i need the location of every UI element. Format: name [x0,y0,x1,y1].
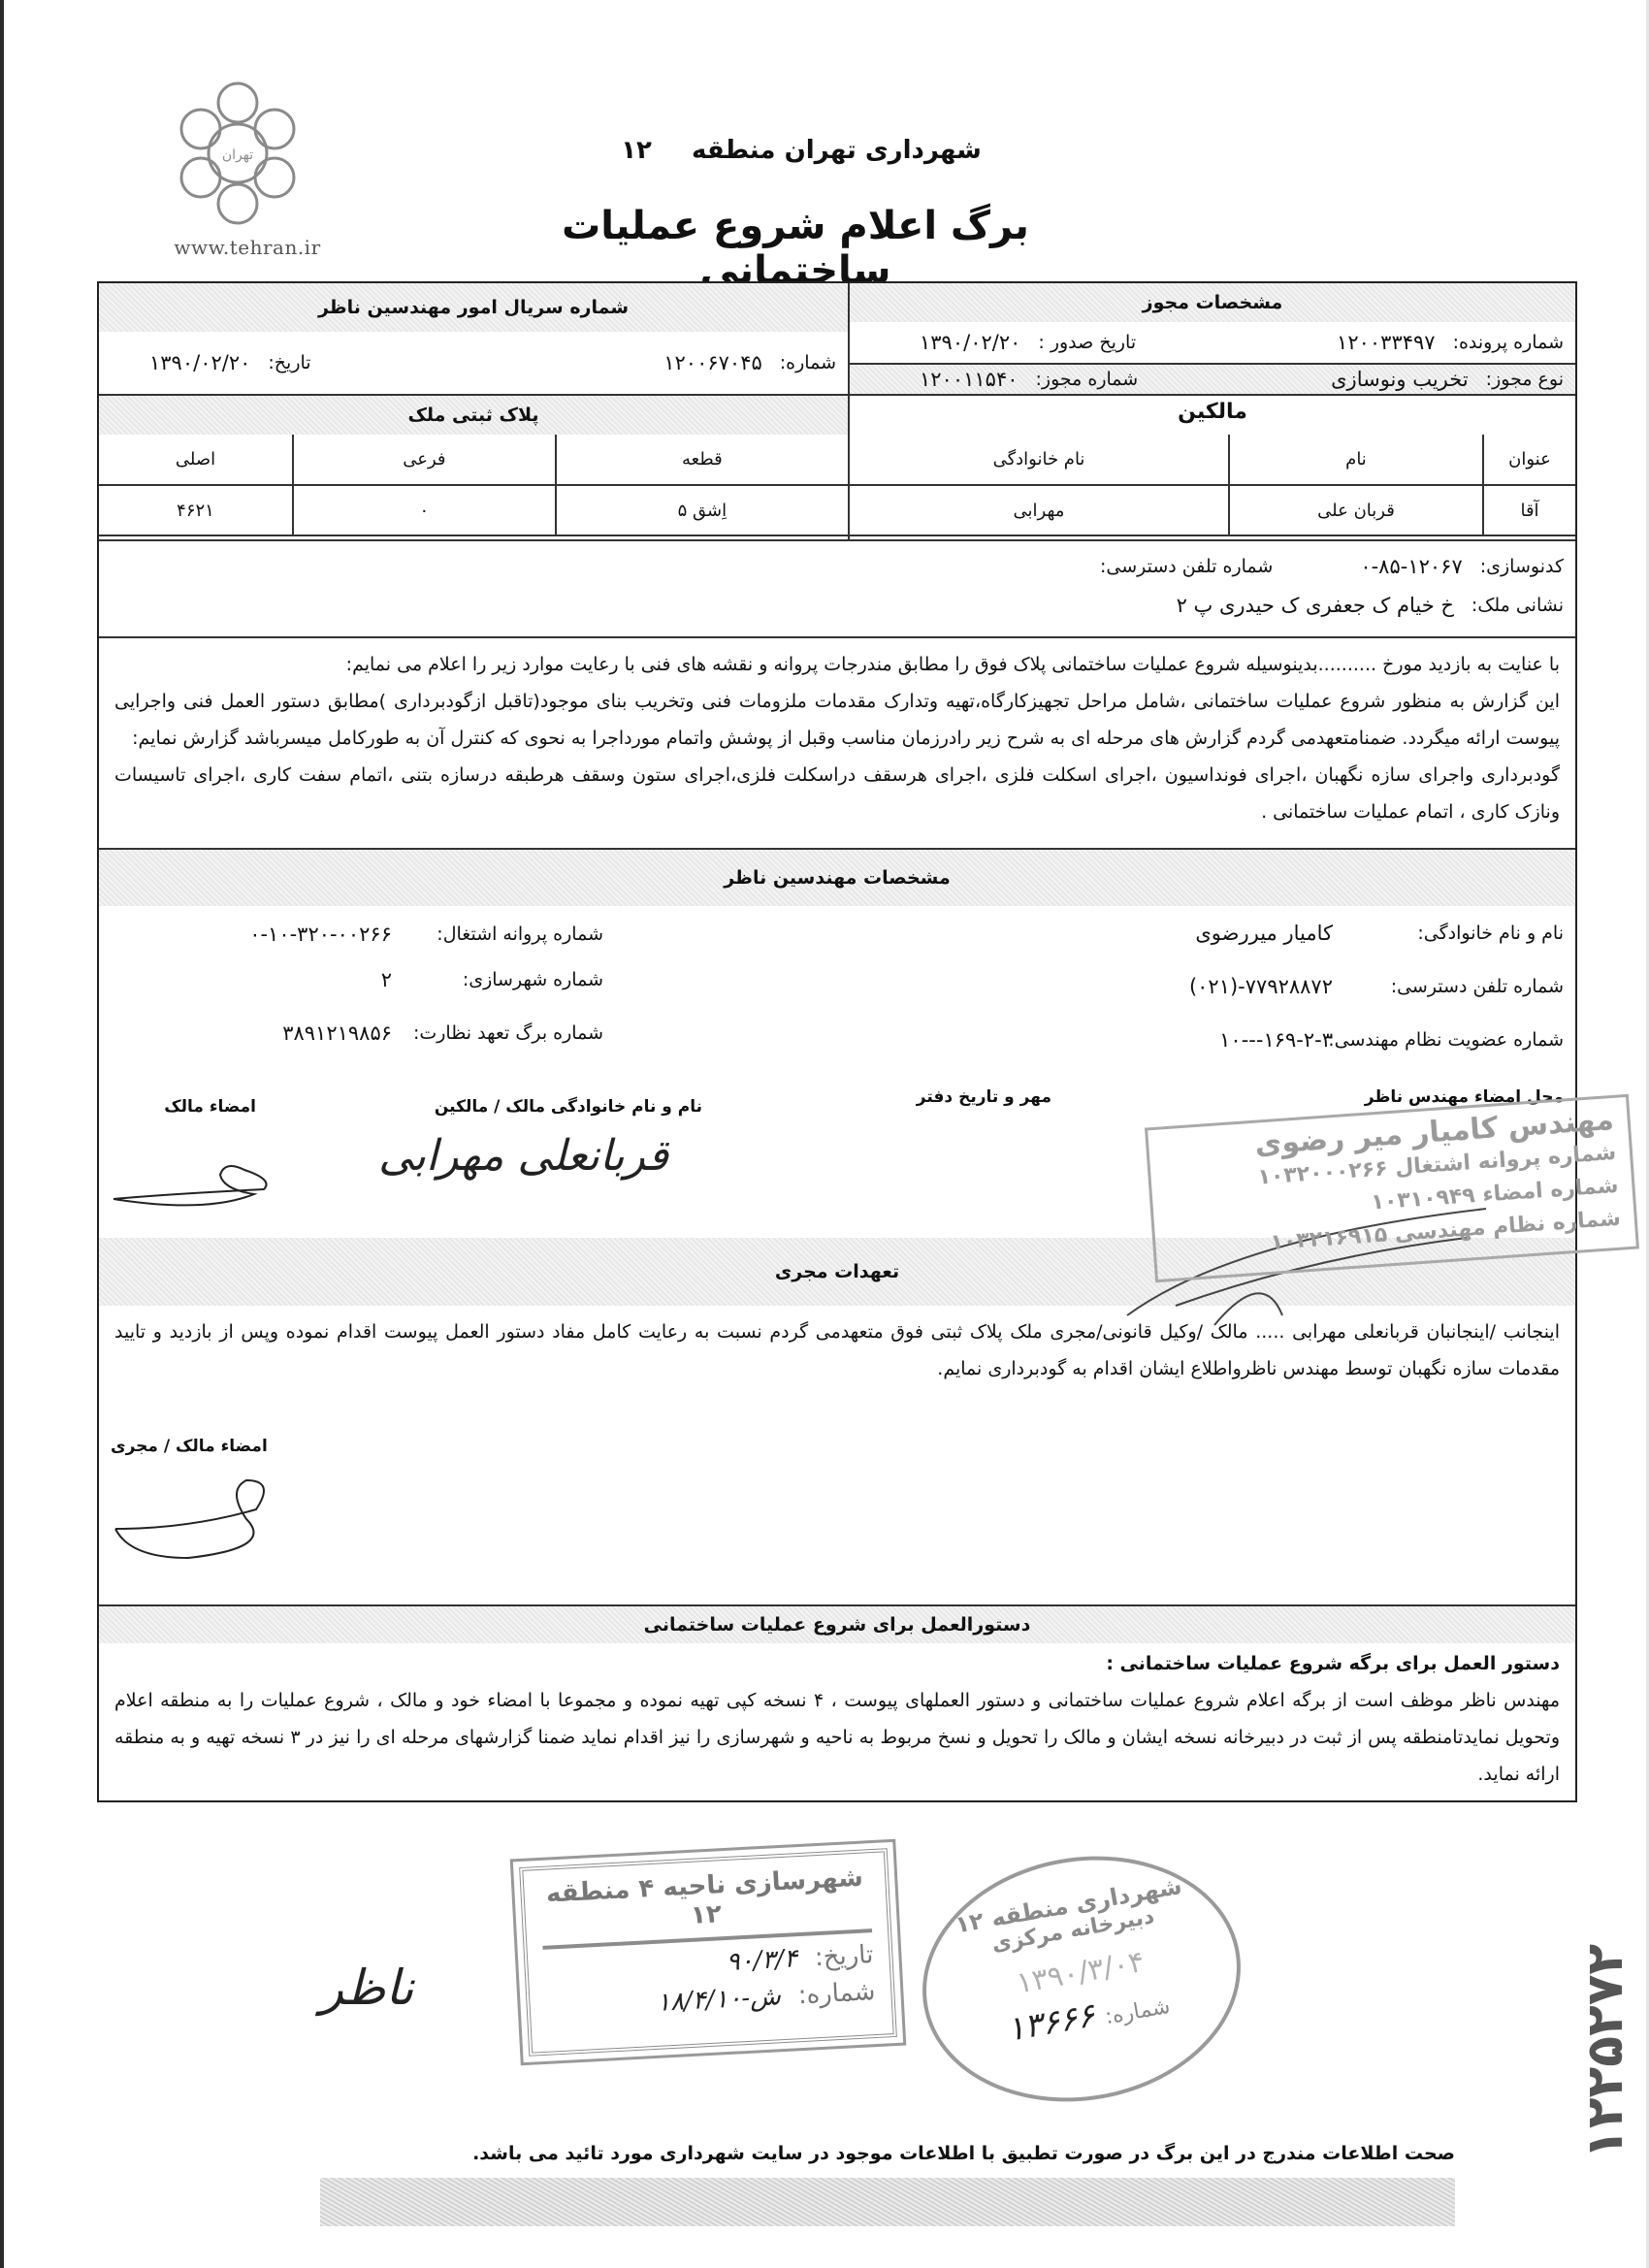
supervisor-urban-value: ۲ [381,968,392,991]
engineer-serial-title: شماره سریال امور مهندسین ناظر [99,283,848,332]
plaque-header-row: قطعه فرعی اصلی [99,435,848,485]
engineer-serial-row: شماره: ۱۲۰۰۶۷۰۴۵ تاریخ: ۱۳۹۰/۰۲/۲۰ [99,332,848,394]
owners-section: مالکین عنوان نام نام خانوادگی آقا قربان … [848,396,1575,539]
property-address-value: خ خیام ک جعفری ک حیدری پ ۲ [1177,594,1454,617]
scan-edge [0,0,4,2268]
footer-shaded-bar [320,2178,1455,2226]
supervisor-urban-row: شماره شهرسازی: ۲ [111,953,603,1006]
license-number-label: شماره مجوز: [1036,369,1139,390]
office-seal-label: مهر و تاریخ دفتر [917,1087,1051,1107]
serial-number-value: ۱۲۰۰۶۷۰۴۵ [663,351,762,374]
property-address-row: نشانی ملک: خ خیام ک جعفری ک حیدری پ ۲ [111,586,1564,625]
vertical-registration-number: ۱۲۲۵۲۷۲ [1576,1930,1634,2173]
license-type-label: نوع مجوز: [1486,369,1564,390]
engineer-stamp-license-value: ۱۰۳۲۰۰۰۲۶۶ [1257,1156,1389,1189]
engineer-stamp-sign-label: شماره امضاء [1482,1174,1620,1208]
supervisor-commitment-label: شماره برگ تعهد نظارت: [409,1022,603,1044]
serial-number-label: شماره: [780,352,836,373]
license-section: مشخصات مجوز شماره پرونده: ۱۲۰۰۳۳۴۹۷ تاری… [848,283,1575,394]
engineer-stamp-sign-value: ۱۰۳۱۰۹۴۹ [1371,1183,1476,1215]
owners-table: عنوان نام نام خانوادگی آقا قربان علی مهر… [850,435,1575,536]
supervisor-commitment-row: شماره برگ تعهد نظارت: ۳۸۹۱۲۱۹۸۵۶ [111,1006,603,1059]
property-phone-label: شماره تلفن دسترسی: [1100,556,1273,577]
supervisor-license-value: ۰-۱۰-۳۲۰-۰۰۲۶۶ [249,923,392,946]
owners-col-first-name: نام [1229,435,1483,485]
urban-stamp-date: ۹۰/۳/۴ [726,1944,798,1977]
municipality-name: شهرداری تهران منطقه ۱۲ [582,136,989,165]
license-section-title: مشخصات مجوز [850,283,1575,322]
municipality-label: شهرداری تهران منطقه [692,136,982,165]
owners-header-row: عنوان نام نام خانوادگی [850,435,1575,485]
owners-col-last-name: نام خانوادگی [850,435,1229,485]
svg-text:تهران: تهران [222,147,253,163]
serial-date-label: تاریخ: [268,352,310,373]
property-code-value: ۰-۸۵-۱۲۰۶۷ [1360,555,1462,578]
urban-stamp-number-row: شماره: ش-۱۸/۴/۱۰ [545,1977,876,2024]
owners-plaque-row: مالکین عنوان نام نام خانوادگی آقا قربان … [99,396,1575,541]
owner-last-name: مهرابی [850,485,1229,535]
secretariat-stamp-number: ۱۳۶۶۶ [1004,1996,1098,2050]
file-number-value: ۱۲۰۰۳۳۴۹۷ [1337,331,1436,354]
instructions-text: مهندس ناظر موظف است از برگه اعلام شروع ع… [114,1682,1560,1793]
plaque-section: پلاک ثبتی ملک قطعه فرعی اصلی اِشق ۵ ۰ ۴۶… [99,396,848,539]
plaque-section-title: پلاک ثبتی ملک [99,396,848,435]
page-title: برگ اعلام شروع عملیات ساختمانی [504,204,1086,293]
supervisor-name-label: نام و نام خانوادگی: [1350,923,1564,944]
announcement-line-2: این گزارش به منظور شروع عملیات ساختمانی … [114,683,1560,757]
instructions-section: دستورالعمل برای شروع عملیات ساختمانی دست… [99,1606,1575,1800]
contractor-section: تعهدات مجری اینجانب /اینجانبان قربانعلی … [99,1238,1575,1606]
license-type-row: نوع مجوز: تخریب ونوسازی شماره مجوز: ۱۲۰۰… [850,365,1575,394]
license-number-value: ۱۲۰۰۱۱۵۴۰ [920,368,1018,391]
owners-section-title: مالکین [850,396,1575,435]
supervisor-phone-value: (۰۲۱)-۷۷۹۲۸۸۷۲ [1189,975,1333,998]
property-address-label: نشانی ملک: [1471,595,1564,616]
plaque-main: ۴۶۲۱ [99,485,293,535]
plaque-col-main: اصلی [99,435,293,485]
property-code-row: کدنوسازی: ۰-۸۵-۱۲۰۶۷ شماره تلفن دسترسی: [111,547,1564,586]
urban-stamp-number-label: شماره: [797,1977,876,2010]
file-number-row: شماره پرونده: ۱۲۰۰۳۳۴۹۷ تاریخ صدور : ۱۳۹… [850,322,1575,365]
tehran-logo-icon: تهران [179,76,296,231]
secretariat-stamp: شهرداری منطقه ۱۲ دبیرخانه مرکزی ۱۳۹۰/۳/۰… [903,1831,1260,2126]
supervisor-commitment-value: ۳۸۹۱۲۱۹۸۵۶ [282,1021,392,1045]
serial-date-value: ۱۳۹۰/۰۲/۲۰ [149,351,250,374]
engineer-serial-section: شماره سریال امور مهندسین ناظر شماره: ۱۲۰… [99,283,848,394]
district-number: ۱۲ [621,136,652,165]
plaque-parcel: اِشق ۵ [556,485,848,535]
table-row: اِشق ۵ ۰ ۴۶۲۱ [99,485,848,535]
owner-handwritten-name: قربانعلی مهرابی [378,1131,668,1181]
contractor-signature-label: امضاء مالک / مجری [111,1437,268,1456]
supervisor-left-col: شماره پروانه اشتغال: ۰-۱۰-۳۲۰-۰۰۲۶۶ شمار… [111,906,826,1066]
property-code-label: کدنوسازی: [1480,556,1564,577]
supervisor-membership-label: شماره عضویت نظام مهندسی: [1350,1029,1564,1051]
supervisor-urban-label: شماره شهرسازی: [409,969,603,990]
property-row: کدنوسازی: ۰-۸۵-۱۲۰۶۷ شماره تلفن دسترسی: … [99,541,1575,638]
supervisor-phone-label: شماره تلفن دسترسی: [1350,976,1564,997]
supervisor-name-value: کامیار میررضوی [1195,922,1333,945]
urban-planning-stamp: شهرسازی ناحیه ۴ منطقه ۱۲ تاریخ: ۹۰/۳/۴ ش… [519,1848,897,2057]
instructions-heading: دستور العمل برای برگه شروع عملیات ساختما… [114,1645,1560,1682]
table-row: آقا قربان علی مهرابی [850,485,1575,535]
issue-date-label: تاریخ صدور : [1038,332,1136,353]
supervisor-membership-value: ۱۰---۱۶۹-۲-۳ [1219,1028,1333,1052]
supervisor-right-col: نام و نام خانوادگی: کامیار میررضوی شماره… [826,906,1564,1066]
footer-note: صحت اطلاعات مندرج در این برگ در صورت تطب… [310,2139,1455,2168]
owner-title: آقا [1483,485,1575,535]
supervisor-name-row: نام و نام خانوادگی: کامیار میررضوی [826,906,1564,959]
supervisor-phone-row: شماره تلفن دسترسی: (۰۲۱)-۷۷۹۲۸۸۷۲ [826,959,1564,1013]
supervisor-section-title: مشخصات مهندسین ناظر [99,850,1575,906]
urban-stamp-number: ش-۱۸/۴/۱۰ [656,1982,781,2018]
owners-col-title: عنوان [1483,435,1575,485]
file-number-label: شماره پرونده: [1453,332,1564,353]
website-url: www.tehran.ir [160,236,335,259]
plaque-table: قطعه فرعی اصلی اِشق ۵ ۰ ۴۶۲۱ [99,435,848,536]
instructions-section-title: دستورالعمل برای شروع عملیات ساختمانی [99,1606,1575,1643]
supervisor-details: نام و نام خانوادگی: کامیار میررضوی شماره… [99,906,1575,1066]
announcement-line-3: گودبرداری واجرای سازه نگهبان ،اجرای فوند… [114,757,1560,830]
form-frame: مشخصات مجوز شماره پرونده: ۱۲۰۰۳۳۴۹۷ تاری… [97,281,1577,1802]
plaque-col-sub: فرعی [293,435,556,485]
urban-stamp-title: شهرسازی ناحیه ۴ منطقه ۱۲ [539,1863,872,1950]
license-type-value: تخریب ونوسازی [1331,368,1469,391]
owner-first-name: قربان علی [1229,485,1483,535]
supervisor-membership-row: شماره عضویت نظام مهندسی: ۱۰---۱۶۹-۲-۳ [826,1013,1564,1066]
plaque-sub: ۰ [293,485,556,535]
contractor-signature-icon [111,1471,305,1568]
announcement-line-1: با عنایت به بازدید مورخ ..........بدینوس… [114,646,1560,683]
owner-signature-icon [109,1141,283,1218]
supervisor-license-row: شماره پروانه اشتغال: ۰-۱۰-۳۲۰-۰۰۲۶۶ [111,916,603,953]
owner-name-label: نام و نام خانوادگی مالک / مالکین [435,1097,702,1117]
plaque-col-parcel: قطعه [556,435,848,485]
issue-date-value: ۱۳۹۰/۰۲/۲۰ [920,331,1020,354]
owner-signature-label: امضاء مالک [164,1097,256,1117]
instructions-body: دستور العمل برای برگه شروع عملیات ساختما… [99,1643,1575,1800]
engineer-stamp-nezam-value: ۱۰۳۲۱۶۹۱۵ [1270,1222,1388,1254]
announcement-section: با عنایت به بازدید مورخ ..........بدینوس… [99,638,1575,850]
initials-handwritten: ناظر [320,1960,414,2016]
secretariat-stamp-number-label: شماره: [1103,1994,1172,2029]
urban-stamp-date-label: تاریخ: [814,1940,874,1972]
supervisor-license-label: شماره پروانه اشتغال: [409,923,603,945]
license-serial-row: مشخصات مجوز شماره پرونده: ۱۲۰۰۳۳۴۹۷ تاری… [99,283,1575,396]
